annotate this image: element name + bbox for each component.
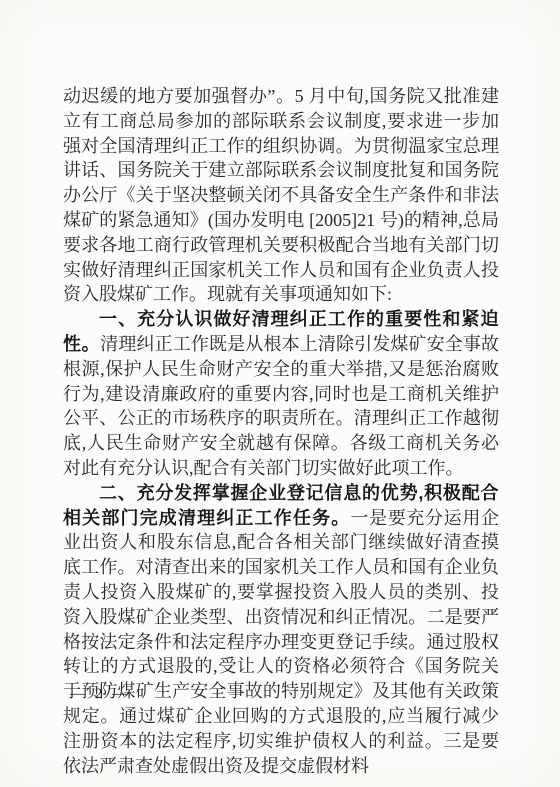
document-page: 动迟缓的地方要加强督办”。5 月中旬,国务院又批准建立有工商总局参加的部际联系会… [0, 0, 560, 787]
page-number: — 2 — [70, 686, 130, 703]
paragraph-section-2: 二、充分发挥掌握企业登记信息的优势,积极配合相关部门完成清理纠正工作任务。一是要… [63, 481, 499, 779]
section-1-text: 清理纠正工作既是从根本上清除引发煤矿安全事故根源,保护人民生命财产安全的重大举措… [63, 334, 499, 478]
document-body: 动迟缓的地方要加强督办”。5 月中旬,国务院又批准建立有工商总局参加的部际联系会… [63, 84, 499, 778]
paragraph-text: 动迟缓的地方要加强督办”。5 月中旬,国务院又批准建立有工商总局参加的部际联系会… [63, 86, 499, 304]
section-2-text: 一是要充分运用企业出资人和股东信息,配合各相关部门继续做好清查摸底工作。对清查出… [63, 508, 499, 776]
paragraph: 动迟缓的地方要加强督办”。5 月中旬,国务院又批准建立有工商总局参加的部际联系会… [63, 84, 499, 307]
paragraph-section-1: 一、充分认识做好清理纠正工作的重要性和紧迫性。清理纠正工作既是从根本上清除引发煤… [63, 307, 499, 481]
